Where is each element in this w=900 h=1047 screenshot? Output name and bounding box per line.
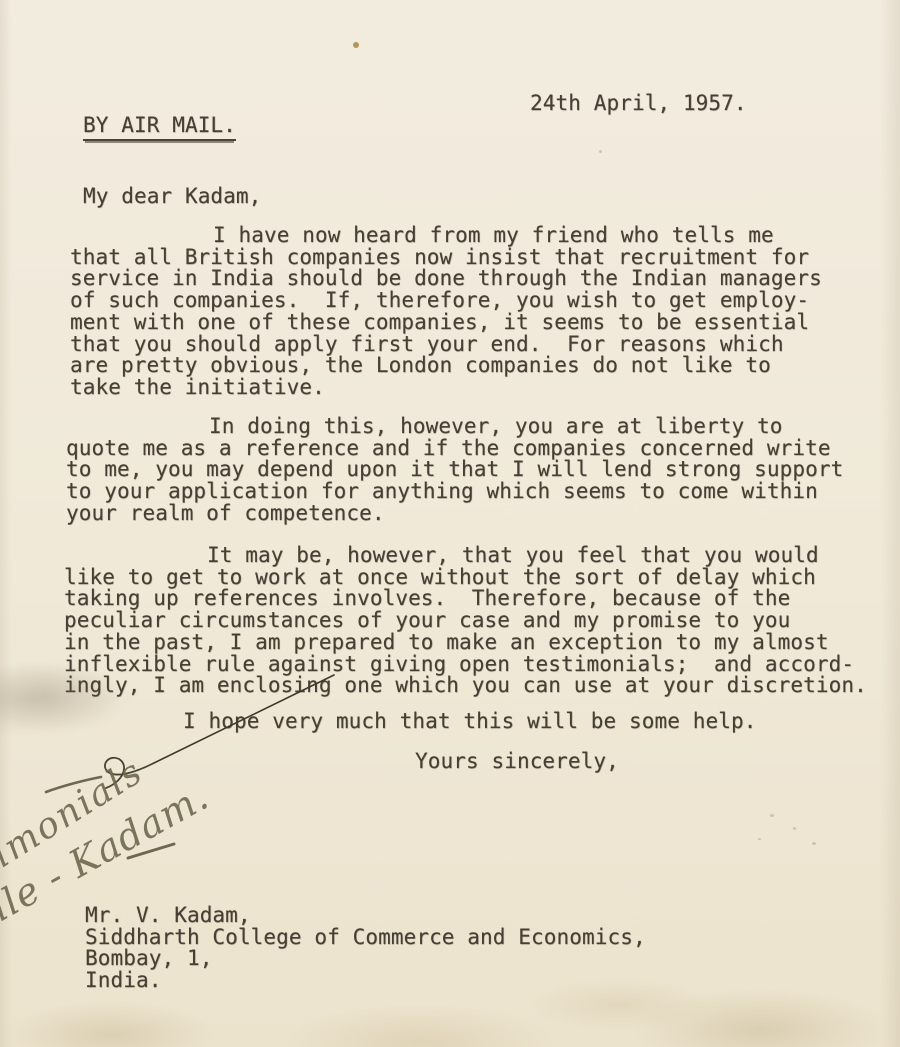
letter-page: 24th April, 1957. BY AIR MAIL. My dear K… [0,0,900,1047]
paper-smudge [0,662,120,730]
paragraph-3: It may be, however, that you feel that y… [64,545,867,697]
paper-speck [793,827,796,830]
paper-speck [812,842,816,845]
airmail-heading: BY AIR MAIL. [83,115,236,141]
paragraph-2: In doing this, however, you are at liber… [66,416,843,525]
closing-remark: I hope very much that this will be some … [183,711,756,733]
paper-speck [599,150,602,153]
annotation-flourish-stroke [46,777,101,792]
salutation: My dear Kadam, [83,186,261,208]
ink-speck [353,42,359,48]
annotation-text-line1: lmonials [0,751,151,876]
paragraph-1: I have now heard from my friend who tell… [70,225,822,399]
paper-speck [770,814,774,817]
airmail-heading-text: BY AIR MAIL. [83,115,236,141]
valediction: Yours sincerely, [415,751,619,773]
pen-line-end-loop [105,758,154,788]
letter-date: 24th April, 1957. [530,93,747,115]
recipient-address: Mr. V. Kadam, Siddharth College of Comme… [85,905,646,992]
paper-speck [758,838,761,840]
annotation-underline [128,844,174,858]
